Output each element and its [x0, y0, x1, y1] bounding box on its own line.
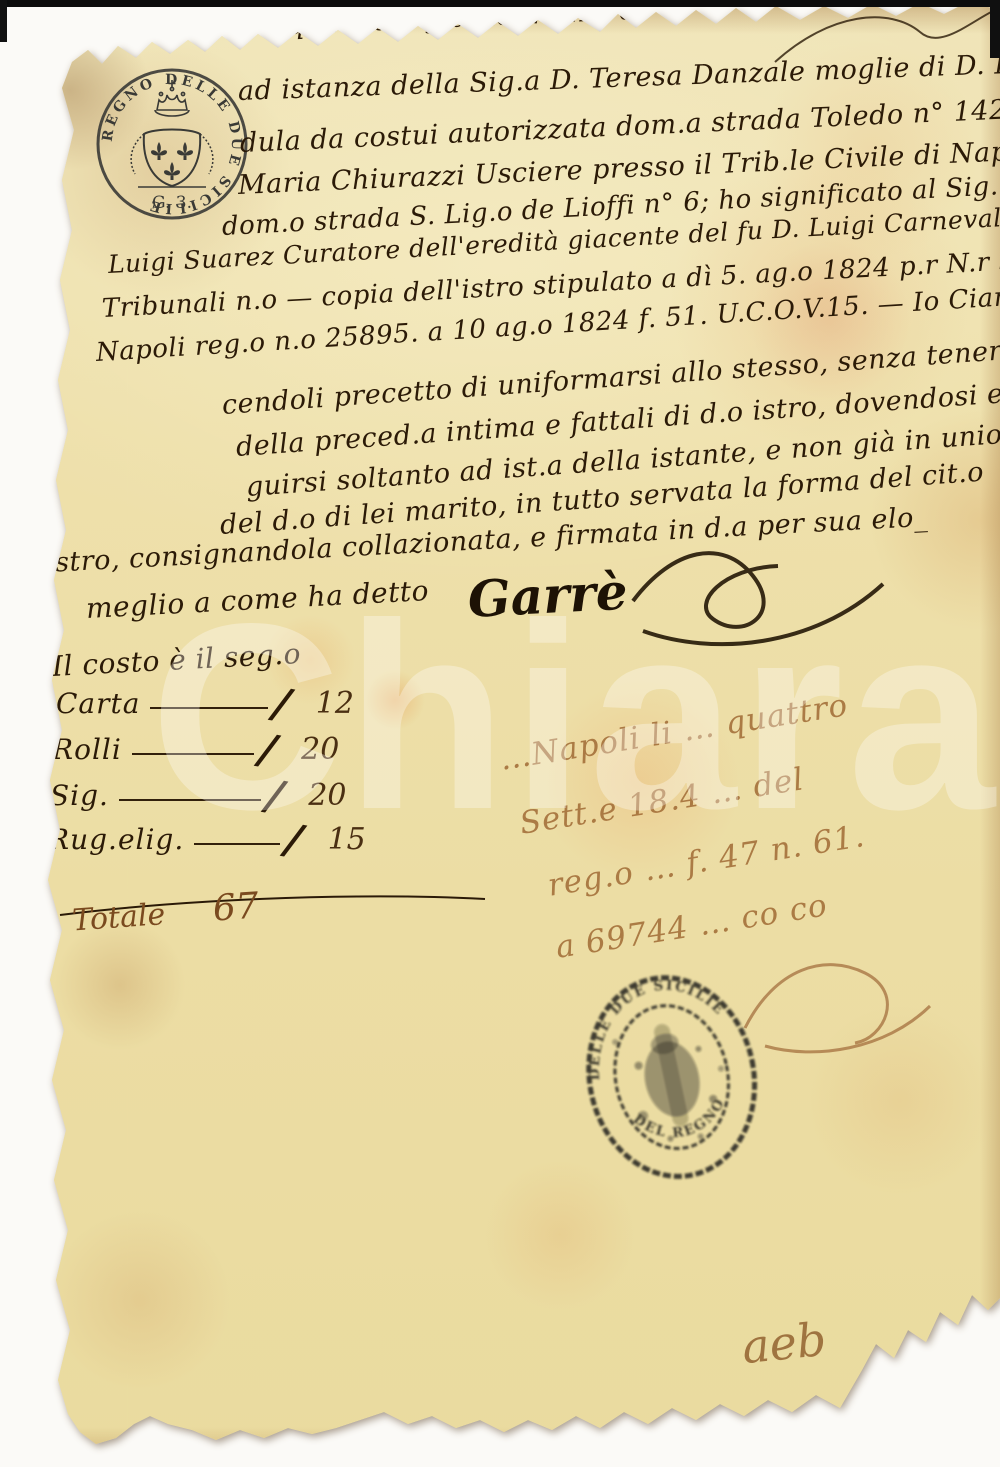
total-label: Totale — [71, 897, 166, 938]
cost-label: Rug.elig. — [48, 823, 184, 856]
cost-row: Sig. / 20 — [50, 778, 347, 813]
cost-row: Carta / 12 — [56, 686, 354, 721]
cost-row: Rug.elig. / 15 — [48, 822, 366, 857]
cost-dash-line — [132, 752, 254, 755]
cost-tick: / — [286, 838, 301, 841]
cost-label: Rolli — [52, 733, 122, 766]
cost-dash-line — [150, 706, 268, 709]
handwritten-line: ad istanza della Sig.a D. Teresa Danzale… — [237, 43, 1000, 107]
scan-border-right — [990, 0, 1000, 58]
cost-value: 20 — [308, 778, 346, 813]
cost-tick: / — [260, 748, 275, 751]
stamp-value-text: G. 3. — [152, 193, 192, 213]
handwritten-line: meglio a come ha detto — [85, 574, 430, 625]
total-value: 67 — [212, 886, 261, 930]
cost-tick: / — [275, 702, 290, 705]
cost-label: Sig. — [50, 779, 109, 812]
corner-initials: aeb — [739, 1312, 828, 1374]
faded-signature-flourish — [735, 948, 945, 1068]
cost-dash-line — [194, 842, 280, 845]
paper-sheet-wrap: REGNO DELLE DUE SICILIE G. — [0, 0, 1000, 1467]
signature: Garrè — [466, 562, 628, 629]
cost-value: 12 — [316, 686, 354, 721]
cost-value: 20 — [301, 732, 339, 767]
cost-dash-line — [119, 798, 261, 801]
shield-icon — [144, 130, 200, 187]
cost-row: Rolli / 20 — [52, 732, 339, 767]
registration-note-line: Sett.e 18.4 … del — [517, 761, 806, 842]
scan-border-left — [0, 0, 7, 42]
signature-flourish — [628, 556, 898, 686]
scan-border-top — [0, 0, 1000, 7]
handwritten-line: Il costo è il seg.o — [51, 637, 302, 683]
revenue-stamp: REGNO DELLE DUE SICILIE G. — [86, 58, 258, 230]
handwritten-line: L'anno 18ventiquattro il giorno tre Xbre — [84, 0, 635, 50]
scanned-document: REGNO DELLE DUE SICILIE G. — [0, 0, 1000, 1467]
cost-tick: / — [267, 794, 282, 797]
cost-value: 15 — [328, 822, 366, 857]
paper-sheet: REGNO DELLE DUE SICILIE G. — [0, 0, 1000, 1467]
cost-label: Carta — [56, 687, 140, 720]
